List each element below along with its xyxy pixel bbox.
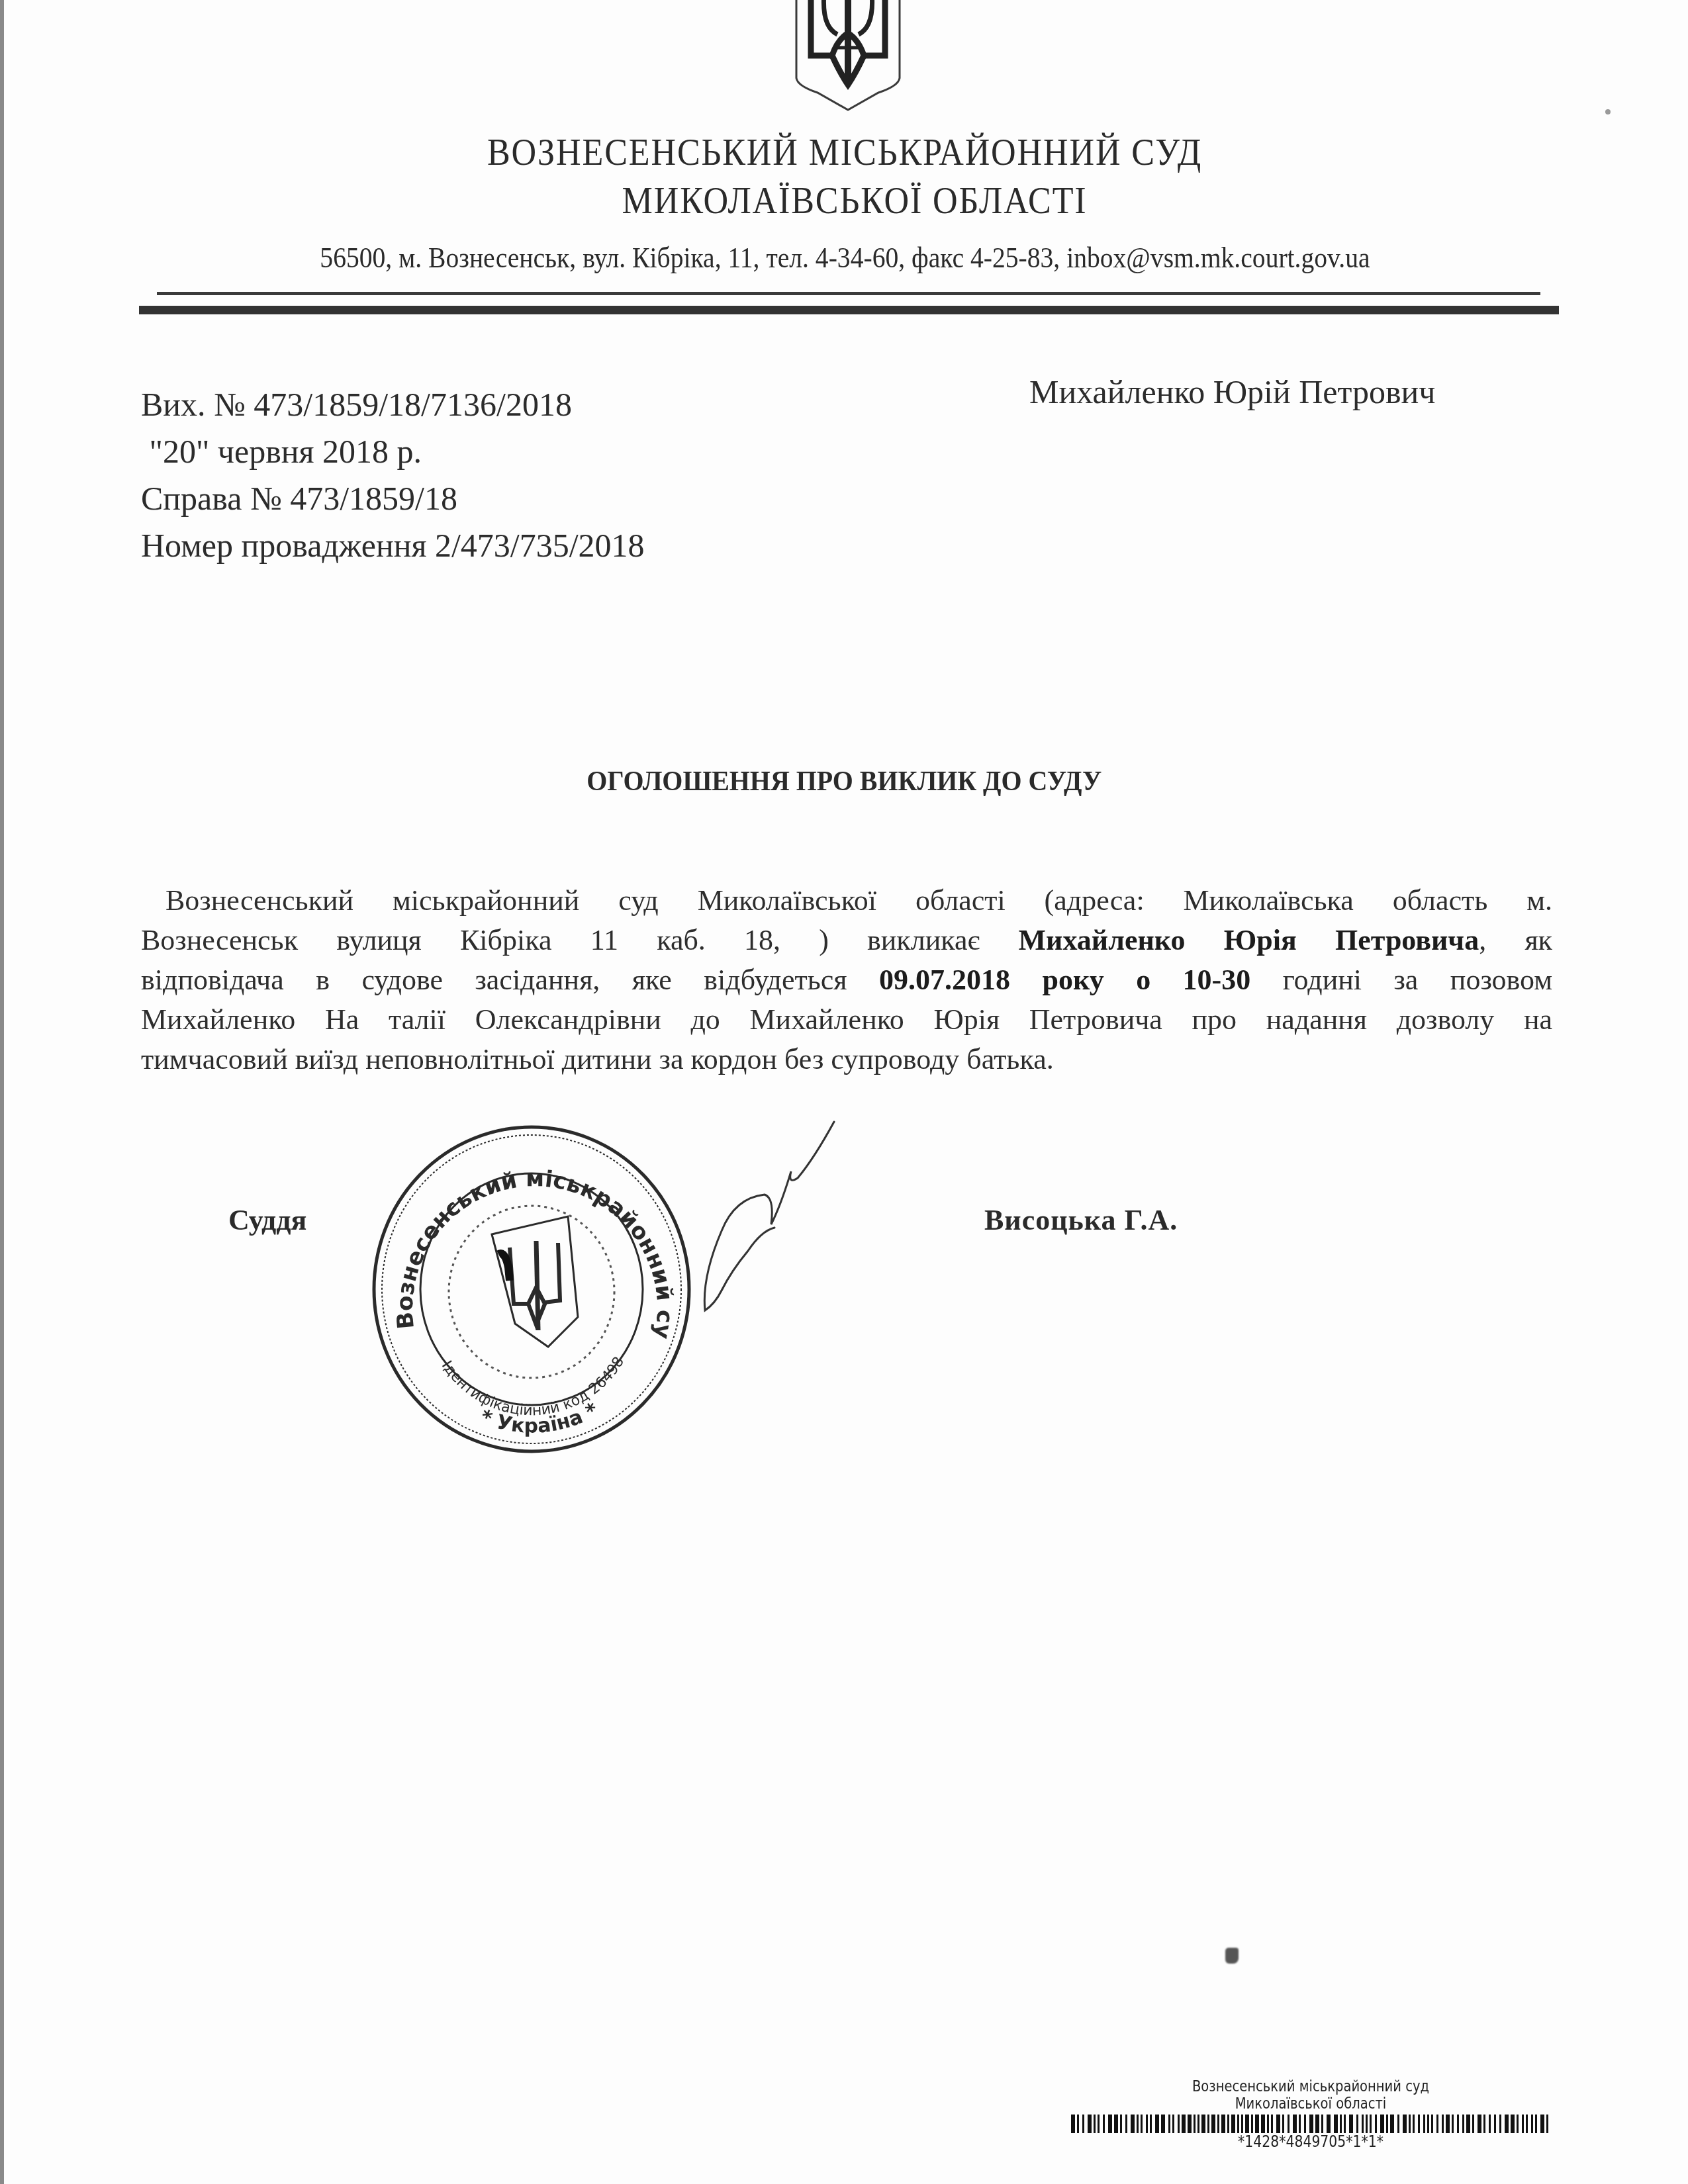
ukraine-coat-of-arms-icon [791, 0, 905, 111]
body-line: Вознесенський міськрайонний суд Миколаїв… [141, 881, 1552, 921]
footer-court-line1: Вознесенський міськрайонний суд [1092, 2078, 1530, 2095]
outgoing-number: Вих. № 473/1859/18/7136/2018 [141, 381, 645, 428]
scan-speck [1605, 109, 1611, 114]
header-rule-thick [139, 306, 1559, 314]
court-name-line2: МИКОЛАЇВСЬКОЇ ОБЛАСТІ [70, 183, 1640, 220]
svg-text:Вознесенський міськрайонний су: Вознесенський міськрайонний суд Миколаїв… [363, 1118, 678, 1341]
barcode-label: Вознесенський міськрайонний суд Миколаїв… [1053, 2078, 1569, 2150]
scan-speck [1225, 1948, 1239, 1964]
court-seal-stamp: Вознесенський міськрайонний суд Миколаїв… [363, 1118, 700, 1456]
judge-signature [655, 1118, 874, 1317]
body-line: відповідача в судове засідання, яке відб… [141, 960, 1552, 1000]
footer-court-line2: Миколаївської області [1092, 2095, 1530, 2113]
body-text: годині за позовом [1250, 964, 1552, 996]
hearing-datetime: 09.07.2018 року о 10-30 [879, 964, 1250, 996]
header-rule-thin [157, 292, 1540, 295]
document-title: ОГОЛОШЕННЯ ПРО ВИКЛИК ДО СУДУ [42, 768, 1646, 796]
body-text: Вознесенськ вулиця Кібріка 11 каб. 18, )… [141, 924, 1019, 956]
court-address: 56500, м. Вознесенськ, вул. Кібріка, 11,… [85, 244, 1605, 273]
judge-label: Суддя [228, 1206, 306, 1235]
case-number: Справа № 473/1859/18 [141, 475, 645, 522]
reference-block: Вих. № 473/1859/18/7136/2018 "20" червня… [141, 381, 645, 569]
proceeding-number: Номер провадження 2/473/735/2018 [141, 522, 645, 569]
body-line: Вознесенськ вулиця Кібріка 11 каб. 18, )… [141, 921, 1552, 960]
trident-icon [492, 1216, 578, 1347]
scan-edge [0, 0, 4, 2184]
judge-name: Висоцька Г.А. [984, 1206, 1178, 1235]
defendant-name: Михайленко Юрія Петровича [1019, 924, 1479, 956]
addressee: Михайленко Юрій Петрович [1029, 375, 1435, 408]
court-name-line1: ВОЗНЕСЕНСЬКИЙ МІСЬКРАЙОННИЙ СУД [60, 134, 1630, 171]
body-line: Михайленко На талії Олександрівни до Мих… [141, 1000, 1552, 1040]
barcode [1053, 2115, 1569, 2133]
body-text: , як [1479, 924, 1552, 956]
body-text: відповідача в судове засідання, яке відб… [141, 964, 879, 996]
summons-body: Вознесенський міськрайонний суд Миколаїв… [141, 881, 1552, 1079]
document-date: "20" червня 2018 р. [141, 428, 645, 475]
barcode-number: *1428*4849705*1*1* [1092, 2133, 1530, 2150]
body-line: тимчасовий виїзд неповнолітньої дитини з… [141, 1040, 1552, 1079]
